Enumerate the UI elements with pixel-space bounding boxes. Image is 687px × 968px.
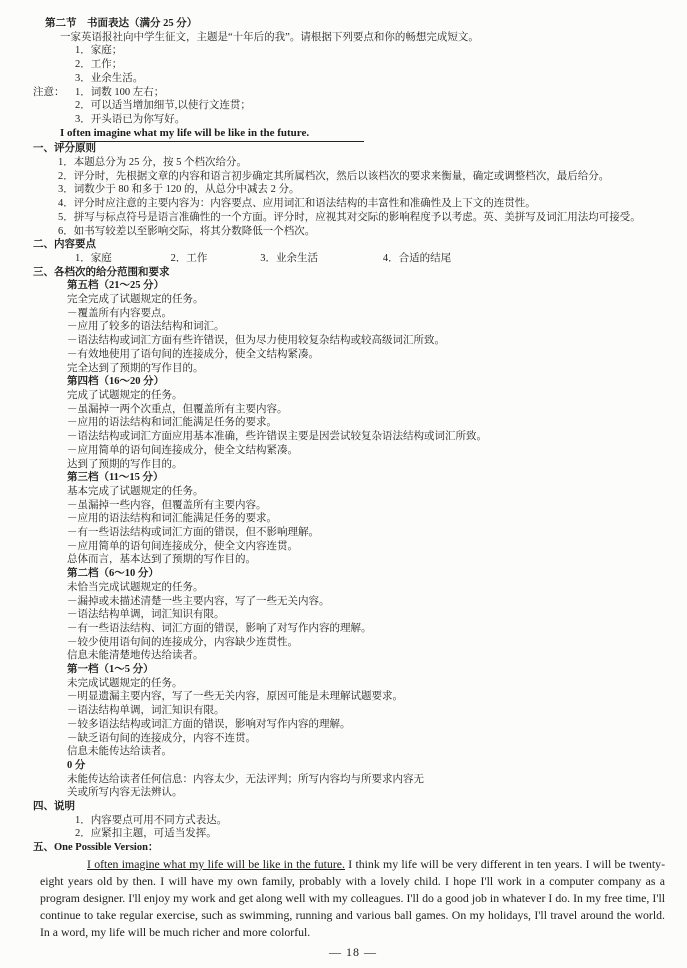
band-line: －覆盖所有内容要点。 bbox=[67, 307, 673, 321]
content-point-1: 1．家庭 bbox=[75, 252, 168, 266]
principle-item-1: 1．本题总分为 25 分，按 5 个档次给分。 bbox=[58, 156, 673, 170]
band-title: 第三档（11～15 分） bbox=[67, 471, 673, 485]
band-group-3: 第三档（11～15 分） 基本完成了试题规定的任务。 －虽漏掉一些内容，但覆盖所… bbox=[33, 471, 673, 567]
notice-label: 注意： bbox=[33, 86, 75, 100]
band-line: －漏掉或未描述清楚一些主要内容，写了一些无关内容。 bbox=[67, 595, 673, 609]
notice-row: 注意： 1．词数 100 左右； bbox=[33, 86, 673, 100]
bands-heading: 三、各档次的给分范围和要求 bbox=[33, 266, 673, 280]
band-group-5: 第五档（21～25 分） 完全完成了试题规定的任务。 －覆盖所有内容要点。 －应… bbox=[33, 279, 673, 375]
content-point-3: 3．业余生活 bbox=[260, 252, 380, 266]
scanned-exam-page: 第二节 书面表达（满分 25 分） 一家英语报社向中学生征文，主题是“十年后的我… bbox=[0, 0, 687, 968]
task-point-1: 1．家庭； bbox=[75, 44, 673, 58]
task-point-2: 2．工作； bbox=[75, 58, 673, 72]
band-line: －语法结构单调，词汇知识有限。 bbox=[67, 704, 673, 718]
note-item-1: 1．内容要点可用不同方式表达。 bbox=[75, 814, 673, 828]
task-intro: 一家英语报社向中学生征文，主题是“十年后的我”。请根据下列要点和你的畅想完成短文… bbox=[60, 31, 673, 45]
version-paragraph: I often imagine what my life will be lik… bbox=[40, 856, 665, 941]
band-line: 信息未能清楚地传达给读者。 bbox=[67, 649, 673, 663]
band-line: 关或所写内容无法辨认。 bbox=[67, 786, 673, 800]
principle-item-2: 2．评分时，先根据文章的内容和语言初步确定其所属档次，然后以该档次的要求来衡量，… bbox=[58, 170, 673, 184]
band-line: －应用的语法结构和词汇能满足任务的要求。 bbox=[67, 512, 673, 526]
content-point-2: 2．工作 bbox=[171, 252, 258, 266]
band-line: －有一些语法结构或词汇方面的错误，但不影响理解。 bbox=[67, 526, 673, 540]
band-line: －较少使用语句间的连接成分，内容缺少连贯性。 bbox=[67, 636, 673, 650]
content-points-row: 1．家庭 2．工作 3．业余生活 4．合适的结尾 bbox=[75, 252, 673, 266]
band-line: 完全完成了试题规定的任务。 bbox=[67, 293, 673, 307]
band-line: 达到了预期的写作目的。 bbox=[67, 458, 673, 472]
task-point-3: 3．业余生活。 bbox=[75, 72, 673, 86]
page-number: — 18 — bbox=[33, 946, 673, 960]
section2-heading: 第二节 书面表达（满分 25 分） bbox=[45, 17, 673, 31]
opening-sentence: I often imagine what my life will be lik… bbox=[60, 127, 364, 143]
notes-heading: 四、说明 bbox=[33, 800, 673, 814]
band-line: 未能传达给读者任何信息：内容太少，无法评判；所写内容均与所要求内容无 bbox=[67, 773, 673, 787]
underlined-opening: I often imagine what my life will be lik… bbox=[87, 857, 345, 871]
band-line: 完全达到了预期的写作目的。 bbox=[67, 362, 673, 376]
note-item-2: 2．应紧扣主题，可适当发挥。 bbox=[75, 827, 673, 841]
principle-item-5: 5．拼写与标点符号是语言准确性的一个方面。评分时，应视其对交际的影响程度予以考虑… bbox=[58, 211, 673, 225]
version-heading: 五、One Possible Version： bbox=[33, 841, 673, 855]
principle-item-4: 4．评分时应注意的主要内容为：内容要点、应用词汇和语法结构的丰富性和准确性及上下… bbox=[58, 197, 673, 211]
band-line: －应用了较多的语法结构和词汇。 bbox=[67, 320, 673, 334]
band-line: 未完成试题规定的任务。 bbox=[67, 677, 673, 691]
content-point-4: 4．合适的结尾 bbox=[383, 253, 451, 264]
principle-item-3: 3．词数少于 80 和多于 120 的，从总分中减去 2 分。 bbox=[58, 183, 673, 197]
band-group-4: 第四档（16～20 分） 完成了试题规定的任务。 －虽漏掉一两个次重点，但覆盖所… bbox=[33, 375, 673, 471]
opening-sentence-row: I often imagine what my life will be lik… bbox=[60, 127, 673, 143]
band-line: 总体而言，基本达到了预期的写作目的。 bbox=[67, 553, 673, 567]
principle-item-6: 6．如书写较差以至影响交际，将其分数降低一个档次。 bbox=[58, 225, 673, 239]
notice-item-2: 2．可以适当增加细节,以使行文连贯； bbox=[75, 99, 673, 113]
band-line: －有一些语法结构、词汇方面的错误，影响了对写作内容的理解。 bbox=[67, 622, 673, 636]
band-line: 信息未能传达给读者。 bbox=[67, 745, 673, 759]
band-group-0: 0 分 未能传达给读者任何信息：内容太少，无法评判；所写内容均与所要求内容无 关… bbox=[33, 759, 673, 800]
notice-item-3: 3．开头语已为你写好。 bbox=[75, 113, 673, 127]
band-line: －语法结构或词汇方面应用基本准确，些许错误主要是因尝试较复杂语法结构或词汇所致。 bbox=[67, 430, 673, 444]
band-group-1: 第一档（1～5 分） 未完成试题规定的任务。 －明显遗漏主要内容，写了一些无关内… bbox=[33, 663, 673, 759]
band-line: 未恰当完成试题规定的任务。 bbox=[67, 581, 673, 595]
band-line: －语法结构或词汇方面有些许错误，但为尽力使用较复杂结构或较高级词汇所致。 bbox=[67, 334, 673, 348]
band-group-2: 第二档（6～10 分） 未恰当完成试题规定的任务。 －漏掉或未描述清楚一些主要内… bbox=[33, 567, 673, 663]
band-line: －应用简单的语句间连接成分，使全文内容连贯。 bbox=[67, 540, 673, 554]
band-line: －缺乏语句间的连接成分，内容不连贯。 bbox=[67, 732, 673, 746]
band-line: －有效地使用了语句间的连接成分，使全文结构紧凑。 bbox=[67, 348, 673, 362]
band-title: 第二档（6～10 分） bbox=[67, 567, 673, 581]
notice-item-1: 1．词数 100 左右； bbox=[75, 86, 164, 100]
band-title: 第四档（16～20 分） bbox=[67, 375, 673, 389]
band-title: 第一档（1～5 分） bbox=[67, 663, 673, 677]
band-title: 0 分 bbox=[67, 759, 673, 773]
band-line: 完成了试题规定的任务。 bbox=[67, 389, 673, 403]
band-line: －明显遗漏主要内容，写了一些无关内容，原因可能是未理解试题要求。 bbox=[67, 690, 673, 704]
band-line: －虽漏掉一些内容，但覆盖所有主要内容。 bbox=[67, 499, 673, 513]
principles-heading: 一、评分原则 bbox=[33, 142, 673, 156]
band-line: －语法结构单调，词汇知识有限。 bbox=[67, 608, 673, 622]
band-title: 第五档（21～25 分） bbox=[67, 279, 673, 293]
band-line: 基本完成了试题规定的任务。 bbox=[67, 485, 673, 499]
band-line: －较多语法结构或词汇方面的错误，影响对写作内容的理解。 bbox=[67, 718, 673, 732]
band-line: －应用简单的语句间连接成分，使全文结构紧凑。 bbox=[67, 444, 673, 458]
band-line: －虽漏掉一两个次重点，但覆盖所有主要内容。 bbox=[67, 403, 673, 417]
content-points-heading: 二、内容要点 bbox=[33, 238, 673, 252]
band-line: －应用的语法结构和词汇能满足任务的要求。 bbox=[67, 416, 673, 430]
